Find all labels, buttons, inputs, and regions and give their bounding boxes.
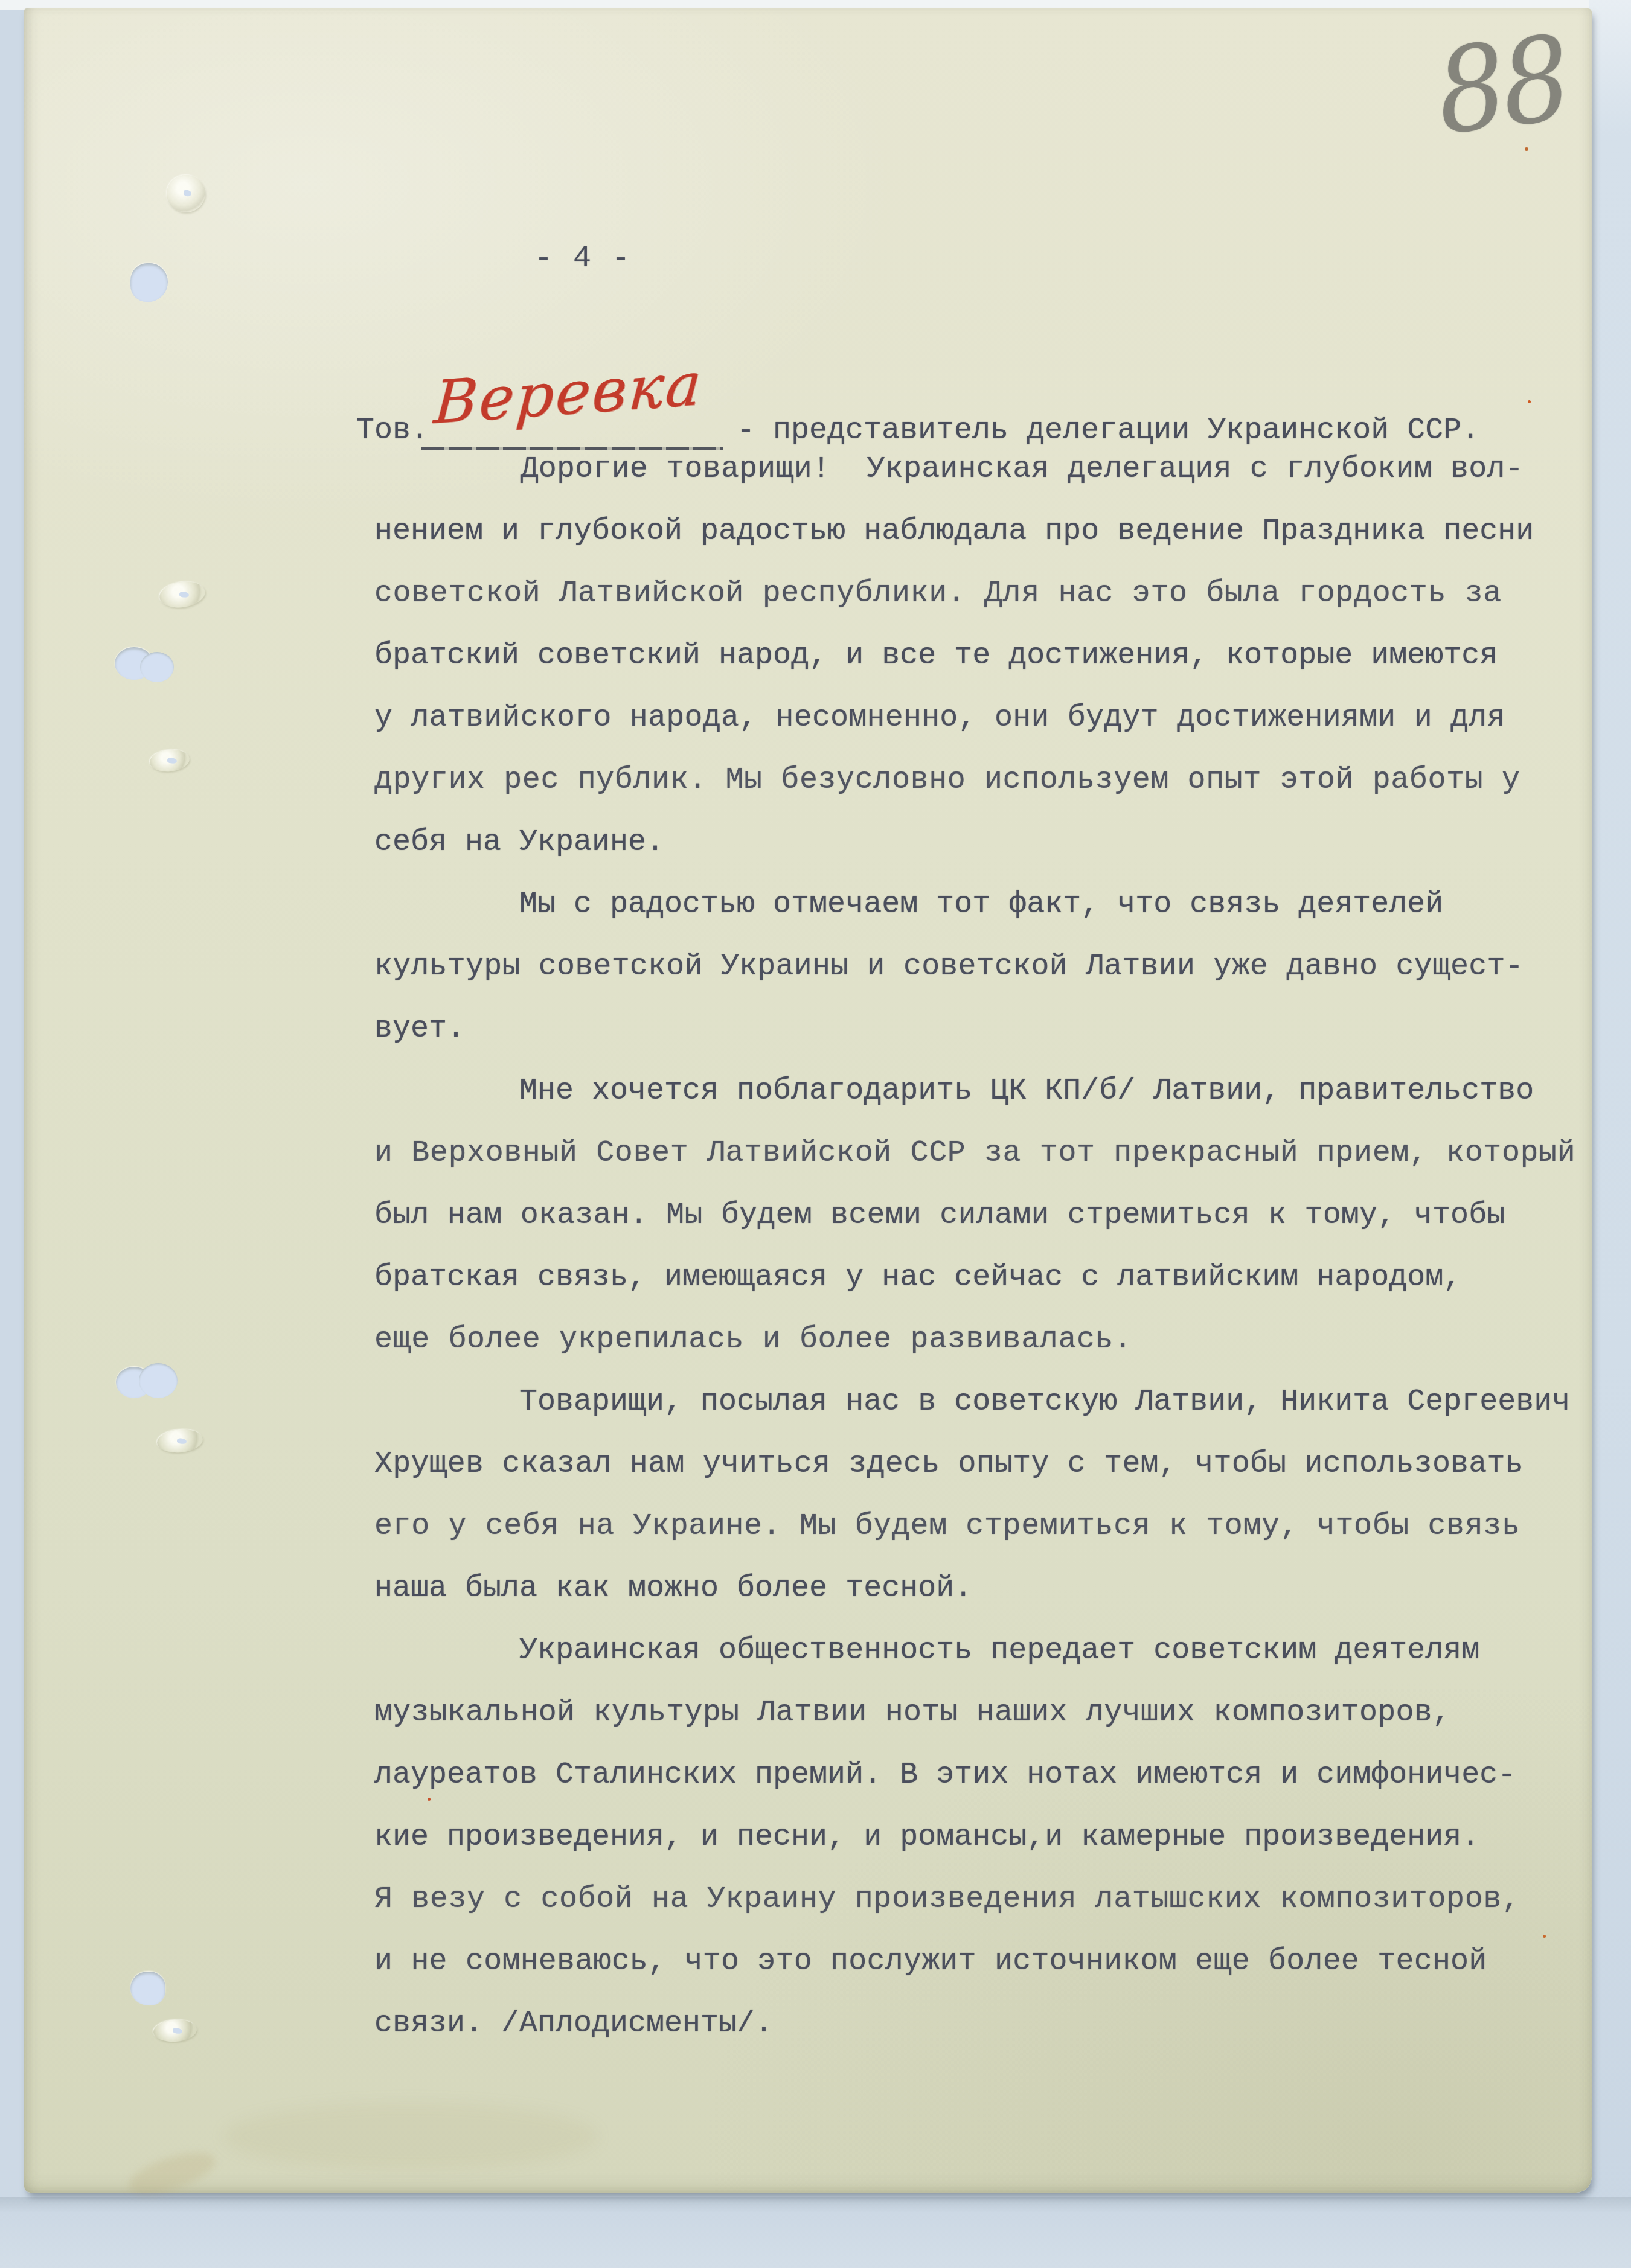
typed-body: Дорогие товарищи! Украинская делегация с… [374, 438, 1594, 2055]
typed-line: других рес публик. Мы безусловно использ… [374, 749, 1594, 811]
typed-line: Товарищи, посылая нас в советскую Латвии… [374, 1371, 1594, 1433]
typed-line: связи. /Аплодисменты/. [374, 1993, 1594, 2055]
paper-dent [156, 1428, 203, 1454]
typed-line: еще более укрепилась и более развивалась… [374, 1309, 1594, 1371]
typed-line: Хрущев сказал нам учиться здесь опыту с … [374, 1433, 1594, 1495]
typed-line: Дорогие товарищи! Украинская делегация с… [374, 438, 1594, 500]
typed-line: у латвийского народа, несомненно, они бу… [374, 687, 1594, 749]
paper-tear [172, 2028, 182, 2034]
typed-line: лауреатов Сталинских премий. В этих нота… [374, 1744, 1594, 1806]
paper-stain [124, 2144, 220, 2202]
typed-page-number: - 4 - [534, 241, 631, 276]
typed-line: советской Латвийской республики. Для нас… [374, 563, 1594, 625]
typed-line: кие произведения, и песни, и романсы,и к… [374, 1806, 1594, 1868]
ink-speck [1528, 400, 1531, 403]
typed-line: был нам оказан. Мы будем всеми силами ст… [374, 1184, 1594, 1247]
scanner-background-right [1589, 0, 1631, 2268]
typed-line: Я везу с собой на Украину произведения л… [374, 1868, 1594, 1931]
typed-line: братский советский народ, и все те дости… [374, 625, 1594, 687]
typed-line: братская связь, имеющаяся у нас сейчас с… [374, 1247, 1594, 1309]
punch-hole [130, 1972, 165, 2005]
paper-stain [223, 2103, 598, 2170]
typed-line: культуры советской Украины и советской Л… [374, 936, 1594, 998]
punch-hole [115, 647, 153, 680]
punch-hole-lobe [140, 652, 174, 682]
paper-dent [167, 175, 205, 212]
handwritten-name: Веревка [432, 356, 705, 431]
scanned-document: 88 - 4 - Тов. Веревка - представитель де… [0, 0, 1631, 2268]
scanner-background-bottom [0, 2197, 1631, 2268]
typed-line: Украинская общественность передает совет… [374, 1620, 1594, 1682]
paper-tear [179, 592, 190, 598]
paper-dent [158, 579, 207, 610]
punch-hole [130, 263, 168, 302]
paper-tear [177, 1438, 187, 1445]
typed-line: нением и глубокой радостью наблюдала про… [374, 500, 1594, 563]
paper-dent [149, 748, 190, 774]
typed-line: вует. [374, 998, 1594, 1060]
typed-line: и не сомневаюсь, что это послужит источн… [374, 1931, 1594, 1993]
typed-line: его у себя на Украине. Мы будем стремить… [374, 1495, 1594, 1557]
handwritten-page-index: 88 [1430, 13, 1574, 159]
typed-line: Мы с радостью отмечаем тот факт, что свя… [374, 874, 1594, 936]
typed-line: музыкальной культуры Латвии ноты наших л… [374, 1682, 1594, 1744]
typed-line: Мне хочется поблагодарить ЦК КП/б/ Латви… [374, 1060, 1594, 1122]
punch-hole-lobe [139, 1363, 178, 1398]
typed-line: и Верховный Совет Латвийской ССР за тот … [374, 1122, 1594, 1184]
document-page: 88 - 4 - Тов. Веревка - представитель де… [24, 8, 1592, 2193]
typed-line: себя на Украине. [374, 811, 1594, 874]
paper-tear [167, 758, 178, 764]
typed-line: наша была как можно более тесной. [374, 1557, 1594, 1620]
paper-dent [153, 2019, 197, 2043]
punch-hole [116, 1367, 152, 1398]
paper-tear [183, 190, 192, 197]
